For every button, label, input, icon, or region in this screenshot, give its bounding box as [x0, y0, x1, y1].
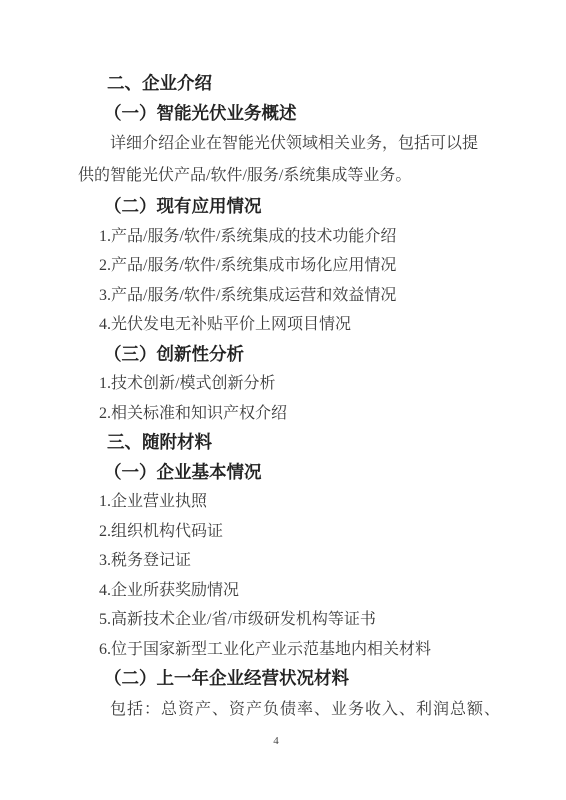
list-item: 3.产品/服务/软件/系统集成运营和效益情况	[78, 281, 484, 311]
paragraph-line: 详细介绍企业在智能光伏领域相关业务，包括可以提	[78, 128, 484, 160]
page-number: 4	[78, 734, 474, 748]
paragraph-line: 供的智能光伏产品/软件/服务/系统集成等业务。	[78, 160, 484, 192]
list-item: 4.企业所获奖励情况	[78, 576, 484, 606]
list-item: 3.税务登记证	[78, 546, 484, 576]
list-item: 1.技术创新/模式创新分析	[78, 369, 484, 399]
subsection-heading: （二）上一年企业经营状况材料	[78, 664, 484, 694]
list-item: 2.组织机构代码证	[78, 517, 484, 547]
subsection-heading: （一）智能光伏业务概述	[78, 99, 484, 129]
subsection-heading: （三）创新性分析	[78, 340, 484, 370]
paragraph-line: 包括：总资产、资产负债率、业务收入、利润总额、	[78, 694, 484, 726]
list-item: 6.位于国家新型工业化产业示范基地内相关材料	[78, 635, 484, 665]
section-heading: 二、企业介绍	[78, 69, 484, 99]
document-page: 二、企业介绍 （一）智能光伏业务概述 详细介绍企业在智能光伏领域相关业务，包括可…	[0, 0, 566, 800]
subsection-heading: （二）现有应用情况	[78, 192, 484, 222]
list-item: 1.企业营业执照	[78, 487, 484, 517]
list-item: 5.高新技术企业/省/市级研发机构等证书	[78, 605, 484, 635]
list-item: 2.相关标准和知识产权介绍	[78, 399, 484, 429]
section-heading: 三、随附材料	[78, 428, 484, 458]
subsection-heading: （一）企业基本情况	[78, 458, 484, 488]
list-item: 1.产品/服务/软件/系统集成的技术功能介绍	[78, 222, 484, 252]
list-item: 2.产品/服务/软件/系统集成市场化应用情况	[78, 251, 484, 281]
list-item: 4.光伏发电无补贴平价上网项目情况	[78, 310, 484, 340]
